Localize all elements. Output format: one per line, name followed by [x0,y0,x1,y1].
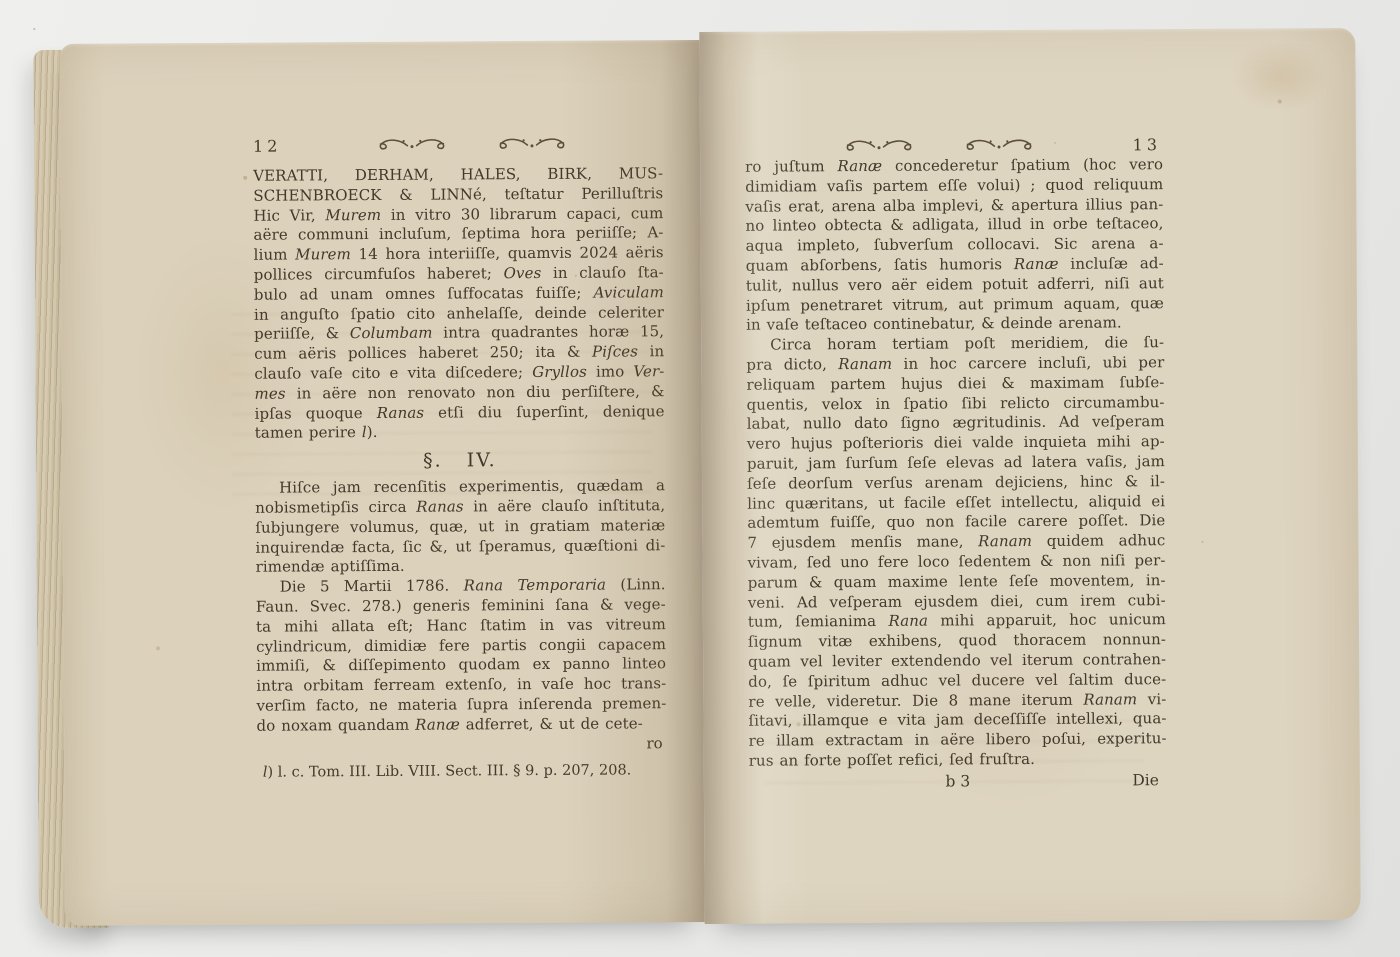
text-line: SCHENBROECK & LINNé, teſtatur Perilluſtr… [253,184,663,206]
headpiece-ornaments [281,135,663,153]
text-line: quam vel leviter extendendo vel iterum c… [748,650,1166,672]
text-line: aqua impleto, ſubverſum collocavi. Sic a… [746,234,1164,256]
text-line: intra orbitam ferream extenſo, in vaſe h… [256,674,666,696]
text-line: bulo ad unam omnes ſuffocatas fuiſſe; Av… [254,283,664,305]
folio-number: 13 [1133,135,1161,154]
paragraph-continuation: VERATTI, DERHAM, HALES, BIRK, MUS-SCHENB… [253,164,665,444]
text-line: Die 5 Martii 1786. Rana Temporaria (Linn… [256,575,666,597]
signature-mark: b 3 [945,772,970,790]
text-line: ta mihi allata eſt; Hanc ſtatim in vas v… [256,615,666,637]
text-line: in anguſto ſpatio cito anhelaſſe, deinde… [254,303,664,325]
page-left-12: 12 VERATTI, DERHAM, HALES, BIRK, MUS-SCH… [59,40,704,926]
text-line: re velle, videretur. Die 8 mane iterum R… [748,690,1166,712]
footnote: l) l. c. Tom. III. Lib. VIII. Sect. III.… [257,763,667,782]
text-line: Circa horam tertiam poſt meridiem, die ſ… [746,333,1164,355]
paragraph: Hiſce jam recenſitis experimentis, quæda… [255,476,666,577]
text-block: VERATTI, DERHAM, HALES, BIRK, MUS-SCHENB… [253,164,667,781]
text-line: quentis, velox in ſpatio ſibi relicto ci… [747,393,1165,415]
text-line: paruit, jam ſurſum ſeſe elevas ad latera… [747,452,1165,474]
text-line: ro juſtum Ranæ concederetur ſpatium (hoc… [745,155,1163,177]
floral-flourish-icon [842,138,916,154]
paragraph-continuation: ro juſtum Ranæ concederetur ſpatium (hoc… [745,155,1164,336]
headpiece-ornaments [745,136,1133,154]
text-line: ſitavi, illamque e vita jam deceſſiſſe i… [748,709,1166,731]
book-photograph: 12 VERATTI, DERHAM, HALES, BIRK, MUS-SCH… [0,0,1400,957]
catchword: Die [1132,771,1159,789]
paragraph: Die 5 Martii 1786. Rana Temporaria (Linn… [256,575,667,736]
text-line: aëre communi incluſum, ſeptima hora peri… [253,224,663,246]
text-line: VERATTI, DERHAM, HALES, BIRK, MUS- [253,164,663,186]
text-line: veni. Ad veſperam ejusdem diei, cum irem… [748,591,1166,613]
text-line: linc quæritans, ut facile eſſet intellec… [747,492,1165,514]
text-block: ro juſtum Ranæ concederetur ſpatium (hoc… [745,155,1167,795]
text-line: dimidiam vaſis partem eſſe volui) ; quod… [745,175,1163,197]
text-line: ademtum fuiſſe, quo non facile carere po… [747,512,1165,534]
text-line: in vaſe teſtaceo continebatur, & deinde … [746,314,1164,336]
text-line: no linteo obtecta & adligata, illud in o… [745,215,1163,237]
signature-line: b 3 Die [749,771,1167,796]
open-book: 12 VERATTI, DERHAM, HALES, BIRK, MUS-SCH… [33,20,1366,928]
text-line: pra dicto, Ranam in hoc carcere incluſi,… [746,353,1164,375]
text-line: vivam, ſed uno fere loco ſedentem & non … [747,551,1165,573]
text-line: tum, ſemianima Rana mihi apparuit, hoc u… [748,610,1166,632]
text-line: rus an forte poſſet refici, ſed fruſtra. [749,749,1167,771]
text-line: re illam extractam in aëre libero poſui,… [749,729,1167,751]
text-line: Faun. Svec. 278.) generis feminini ſana … [256,595,666,617]
text-line: ipſum penetraret vitrum, aut primum aqua… [746,294,1164,316]
section-heading: §. IV. [255,448,665,473]
text-line: reliquam partem hujus diei & maximam ſub… [746,373,1164,395]
catchword: ro [257,734,667,756]
floral-flourish-icon [962,137,1036,153]
text-line: tamen perire l). [255,422,665,444]
folio-number: 12 [253,136,281,155]
text-line: cum aëris pollices haberet 250; ita & Pi… [254,342,664,364]
text-line: Hic Vir, Murem in vitro 30 librarum capa… [253,204,663,226]
text-line: inquirendæ facta, ſic &, ut ſperamus, qu… [255,536,665,558]
text-line: do noxam quandam Ranæ adferret, & ut de … [256,714,666,736]
text-line: rimendæ aptiſſima. [256,556,666,578]
text-line: immiſi, & diſſepimento quodam ex panno l… [256,655,666,677]
page-right-13: 13 ro juſtum Ranæ concederetur ſpatium (… [699,28,1360,924]
text-line: periiſſe, & Columbam intra quadrantes ho… [254,323,664,345]
text-line: tulit, nullus vero aër eidem potuit adfe… [746,274,1164,296]
text-line: ipſas quoque Ranas etſi diu ſuperſint, d… [255,402,665,424]
floral-flourish-icon [495,136,569,152]
text-line: quam abſorbens, ſatis humoris Ranæ inclu… [746,254,1164,276]
text-line: lium Murem 14 hora interiiſſe, quamvis 2… [254,243,664,265]
text-line: cylindricum, dimidiæ fere partis congii … [256,635,666,657]
text-line: ſignum vitæ exhibens, quod thoracem nonn… [748,630,1166,652]
text-line: Hiſce jam recenſitis experimentis, quæda… [255,476,665,498]
text-line: pollices circumfuſos haberet; Oves in cl… [254,263,664,285]
text-line: verſim facto, ne materia ſupra inſerenda… [256,694,666,716]
text-line: clauſo vaſe cito e vita diſcedere; Gryll… [254,362,664,384]
text-line: mes in aëre non renovato non diu perſiſt… [254,382,664,404]
text-line: do, ſe ſpiritum adhuc vel ducere vel ſal… [748,670,1166,692]
text-line: nobismetipſis circa Ranas in aëre clauſo… [255,496,665,518]
page-header: 13 [745,133,1161,158]
text-line: 7 ejusdem menſis mane, Ranam quidem adhu… [747,531,1165,553]
foxing-specks [33,28,35,30]
text-line: ſeſe deorſum verſus arenam dejiciens, hi… [747,472,1165,494]
text-line: labat, nullo dato ſigno ægritudinis. Ad … [747,413,1165,435]
floral-flourish-icon [375,137,449,153]
paragraph: Circa horam tertiam poſt meridiem, die ſ… [746,333,1167,771]
text-line: vero hujus poſterioris diei valde inquie… [747,432,1165,454]
page-header: 12 [253,132,663,157]
text-line: ſubjungere volumus, quæ, ut in gratiam m… [255,516,665,538]
text-line: vaſis erat, arena alba implevi, & apertu… [745,195,1163,217]
text-line: parum & quam maxime lente ſeſe moventem,… [748,571,1166,593]
